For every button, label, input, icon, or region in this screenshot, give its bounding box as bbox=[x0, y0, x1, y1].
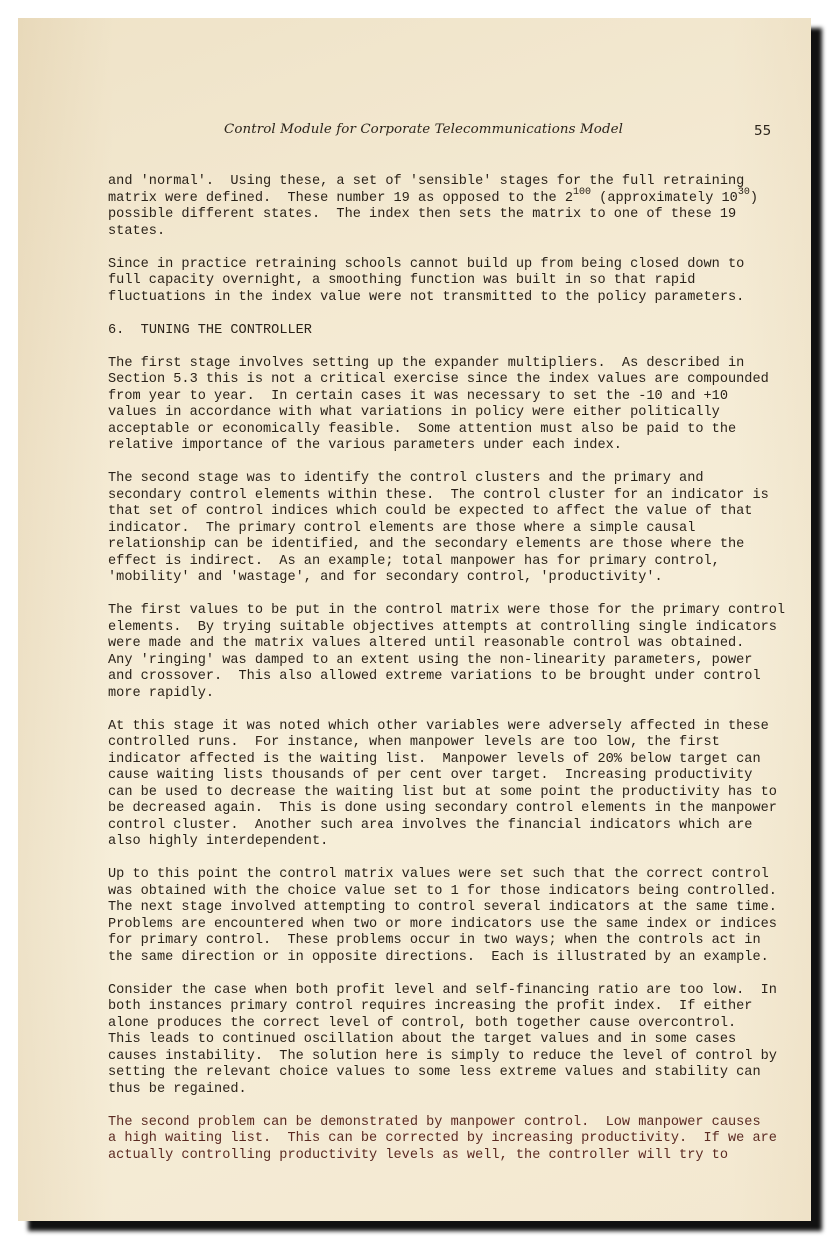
text-line: thus be regained. bbox=[108, 1082, 247, 1097]
text-line: from year to year. In certain cases it w… bbox=[108, 389, 728, 404]
text-line: the same direction or in opposite direct… bbox=[108, 950, 769, 965]
text-line: cause waiting lists thousands of per cen… bbox=[108, 768, 752, 783]
text-line: causes instability. The solution here is… bbox=[108, 1049, 777, 1064]
text-line: was obtained with the choice value set t… bbox=[108, 884, 777, 899]
superscript-exponent: 30 bbox=[738, 187, 750, 198]
paragraph-expander-multipliers: The first stage involves setting up the … bbox=[108, 356, 808, 455]
text-line: secondary control elements within these.… bbox=[108, 488, 769, 503]
text-line: The next stage involved attempting to co… bbox=[108, 900, 777, 915]
text-line: that set of control indices which could … bbox=[108, 504, 752, 519]
paragraph-manpower-example: The second problem can be demonstrated b… bbox=[108, 1115, 808, 1165]
text-line: setting the relevant choice values to so… bbox=[108, 1065, 761, 1080]
page-number: 55 bbox=[754, 123, 771, 139]
text-line: control cluster. Another such area invol… bbox=[108, 818, 752, 833]
text-line: can be used to decrease the waiting list… bbox=[108, 785, 777, 800]
text-line: ) bbox=[750, 191, 758, 206]
text-line: and 'normal'. Using these, a set of 'sen… bbox=[108, 174, 744, 189]
section-heading: 6. TUNING THE CONTROLLER bbox=[108, 323, 808, 340]
paragraph-multiple-indicators: Up to this point the control matrix valu… bbox=[108, 867, 808, 966]
paragraph-retraining-stages: and 'normal'. Using these, a set of 'sen… bbox=[108, 174, 808, 240]
text-line: Since in practice retraining schools can… bbox=[108, 257, 744, 272]
text-line: Problems are encountered when two or mor… bbox=[108, 917, 777, 932]
text-line: both instances primary control requires … bbox=[108, 999, 752, 1014]
superscript-exponent: 100 bbox=[573, 187, 591, 198]
text-line: Up to this point the control matrix valu… bbox=[108, 867, 769, 882]
text-line: more rapidly. bbox=[108, 686, 214, 701]
text-line: (approximately 10 bbox=[591, 191, 738, 206]
text-line: states. bbox=[108, 224, 165, 239]
text-line: possible different states. The index the… bbox=[108, 207, 736, 222]
text-line: elements. By trying suitable objectives … bbox=[108, 620, 777, 635]
paragraph-adverse-effects: At this stage it was noted which other v… bbox=[108, 719, 808, 851]
document-page: Control Module for Corporate Telecommuni… bbox=[18, 18, 811, 1221]
text-line: The first values to be put in the contro… bbox=[108, 603, 785, 618]
text-line: were made and the matrix values altered … bbox=[108, 636, 744, 651]
text-line: At this stage it was noted which other v… bbox=[108, 719, 769, 734]
paragraph-control-clusters: The second stage was to identify the con… bbox=[108, 471, 808, 587]
text-line: fluctuations in the index value were not… bbox=[108, 290, 744, 305]
text-line: matrix were defined. These number 19 as … bbox=[108, 191, 573, 206]
text-line: full capacity overnight, a smoothing fun… bbox=[108, 273, 695, 288]
text-line: Consider the case when both profit level… bbox=[108, 983, 777, 998]
paragraph-smoothing: Since in practice retraining schools can… bbox=[108, 257, 808, 307]
paragraph-overcontrol-example: Consider the case when both profit level… bbox=[108, 983, 808, 1099]
running-head-title: Control Module for Corporate Telecommuni… bbox=[224, 122, 623, 137]
text-line: The second stage was to identify the con… bbox=[108, 471, 704, 486]
text-line: be decreased again. This is done using s… bbox=[108, 801, 777, 816]
text-line: indicator affected is the waiting list. … bbox=[108, 752, 761, 767]
text-line: relative importance of the various param… bbox=[108, 438, 622, 453]
section-number: 6. bbox=[108, 323, 124, 338]
text-line: 'mobility' and 'wastage', and for second… bbox=[108, 570, 663, 585]
text-line: relationship can be identified, and the … bbox=[108, 537, 744, 552]
text-line: values in accordance with what variation… bbox=[108, 405, 720, 420]
text-line: and crossover. This also allowed extreme… bbox=[108, 669, 761, 684]
paragraph-primary-control-values: The first values to be put in the contro… bbox=[108, 603, 808, 702]
text-line: alone produces the correct level of cont… bbox=[108, 1016, 736, 1031]
text-line: The second problem can be demonstrated b… bbox=[108, 1115, 761, 1130]
text-line: Section 5.3 this is not a critical exerc… bbox=[108, 372, 769, 387]
text-line: indicator. The primary control elements … bbox=[108, 521, 695, 536]
text-line: The first stage involves setting up the … bbox=[108, 356, 744, 371]
text-line: also highly interdependent. bbox=[108, 834, 328, 849]
text-line: This leads to continued oscillation abou… bbox=[108, 1032, 736, 1047]
text-line: for primary control. These problems occu… bbox=[108, 933, 761, 948]
text-line: a high waiting list. This can be correct… bbox=[108, 1131, 777, 1146]
text-line: actually controlling productivity levels… bbox=[108, 1148, 728, 1163]
text-line: acceptable or economically feasible. Som… bbox=[108, 422, 736, 437]
text-line: Any 'ringing' was damped to an extent us… bbox=[108, 653, 752, 668]
text-line: controlled runs. For instance, when manp… bbox=[108, 735, 720, 750]
body-text: and 'normal'. Using these, a set of 'sen… bbox=[108, 174, 808, 1181]
section-title: TUNING THE CONTROLLER bbox=[141, 323, 312, 338]
text-line: effect is indirect. As an example; total… bbox=[108, 554, 720, 569]
